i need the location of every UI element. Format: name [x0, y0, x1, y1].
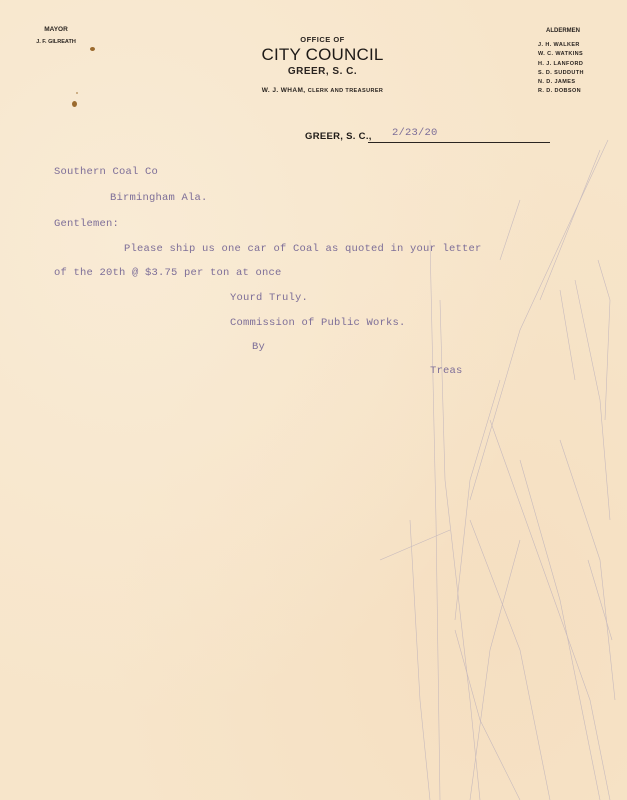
mayor-name: J. F. GILREATH	[22, 39, 90, 45]
body-line-1: Please ship us one car of Coal as quoted…	[124, 243, 482, 255]
recipient-name: Southern Coal Co	[54, 166, 158, 178]
signatory-title: Treas	[430, 365, 463, 377]
letter-page: MAYOR J. F. GILREATH OFFICE OF CITY COUN…	[0, 0, 627, 800]
clerk-line: W. J. WHAM, CLERK AND TREASURER	[240, 87, 405, 94]
location-header: GREER, S. C.	[240, 66, 405, 77]
date-rule	[368, 142, 550, 143]
mayor-title: MAYOR	[30, 26, 82, 33]
dateline-label: GREER, S. C.,	[305, 131, 372, 142]
alderman-name: W. C. WATKINS	[528, 50, 600, 59]
alderman-name: H. J. LANFORD	[528, 60, 600, 69]
salutation: Gentlemen:	[54, 218, 119, 230]
stain-mark	[76, 92, 78, 94]
alderman-name: J. H. WALKER	[528, 41, 600, 50]
stain-mark	[90, 47, 95, 51]
aldermen-list: J. H. WALKER W. C. WATKINS H. J. LANFORD…	[528, 41, 600, 97]
alderman-name: N. D. JAMES	[528, 78, 600, 87]
closing: Yourd Truly.	[230, 292, 308, 304]
signatory-org: Commission of Public Works.	[230, 317, 406, 329]
clerk-name: W. J. WHAM,	[262, 87, 306, 94]
alderman-name: S. D. SUDDUTH	[528, 69, 600, 78]
organization-title: CITY COUNCIL	[240, 45, 405, 65]
recipient-city: Birmingham Ala.	[110, 192, 208, 204]
letter-date: 2/23/20	[392, 127, 438, 139]
aldermen-title: ALDERMEN	[533, 28, 593, 34]
body-line-2: of the 20th @ $3.75 per ton at once	[54, 267, 282, 279]
by-label: By	[252, 341, 265, 353]
pencil-scratches	[0, 0, 627, 800]
office-of-label: OFFICE OF	[240, 35, 405, 44]
stain-mark	[72, 101, 77, 107]
clerk-role: CLERK AND TREASURER	[308, 88, 384, 94]
alderman-name: R. D. DOBSON	[528, 87, 600, 96]
